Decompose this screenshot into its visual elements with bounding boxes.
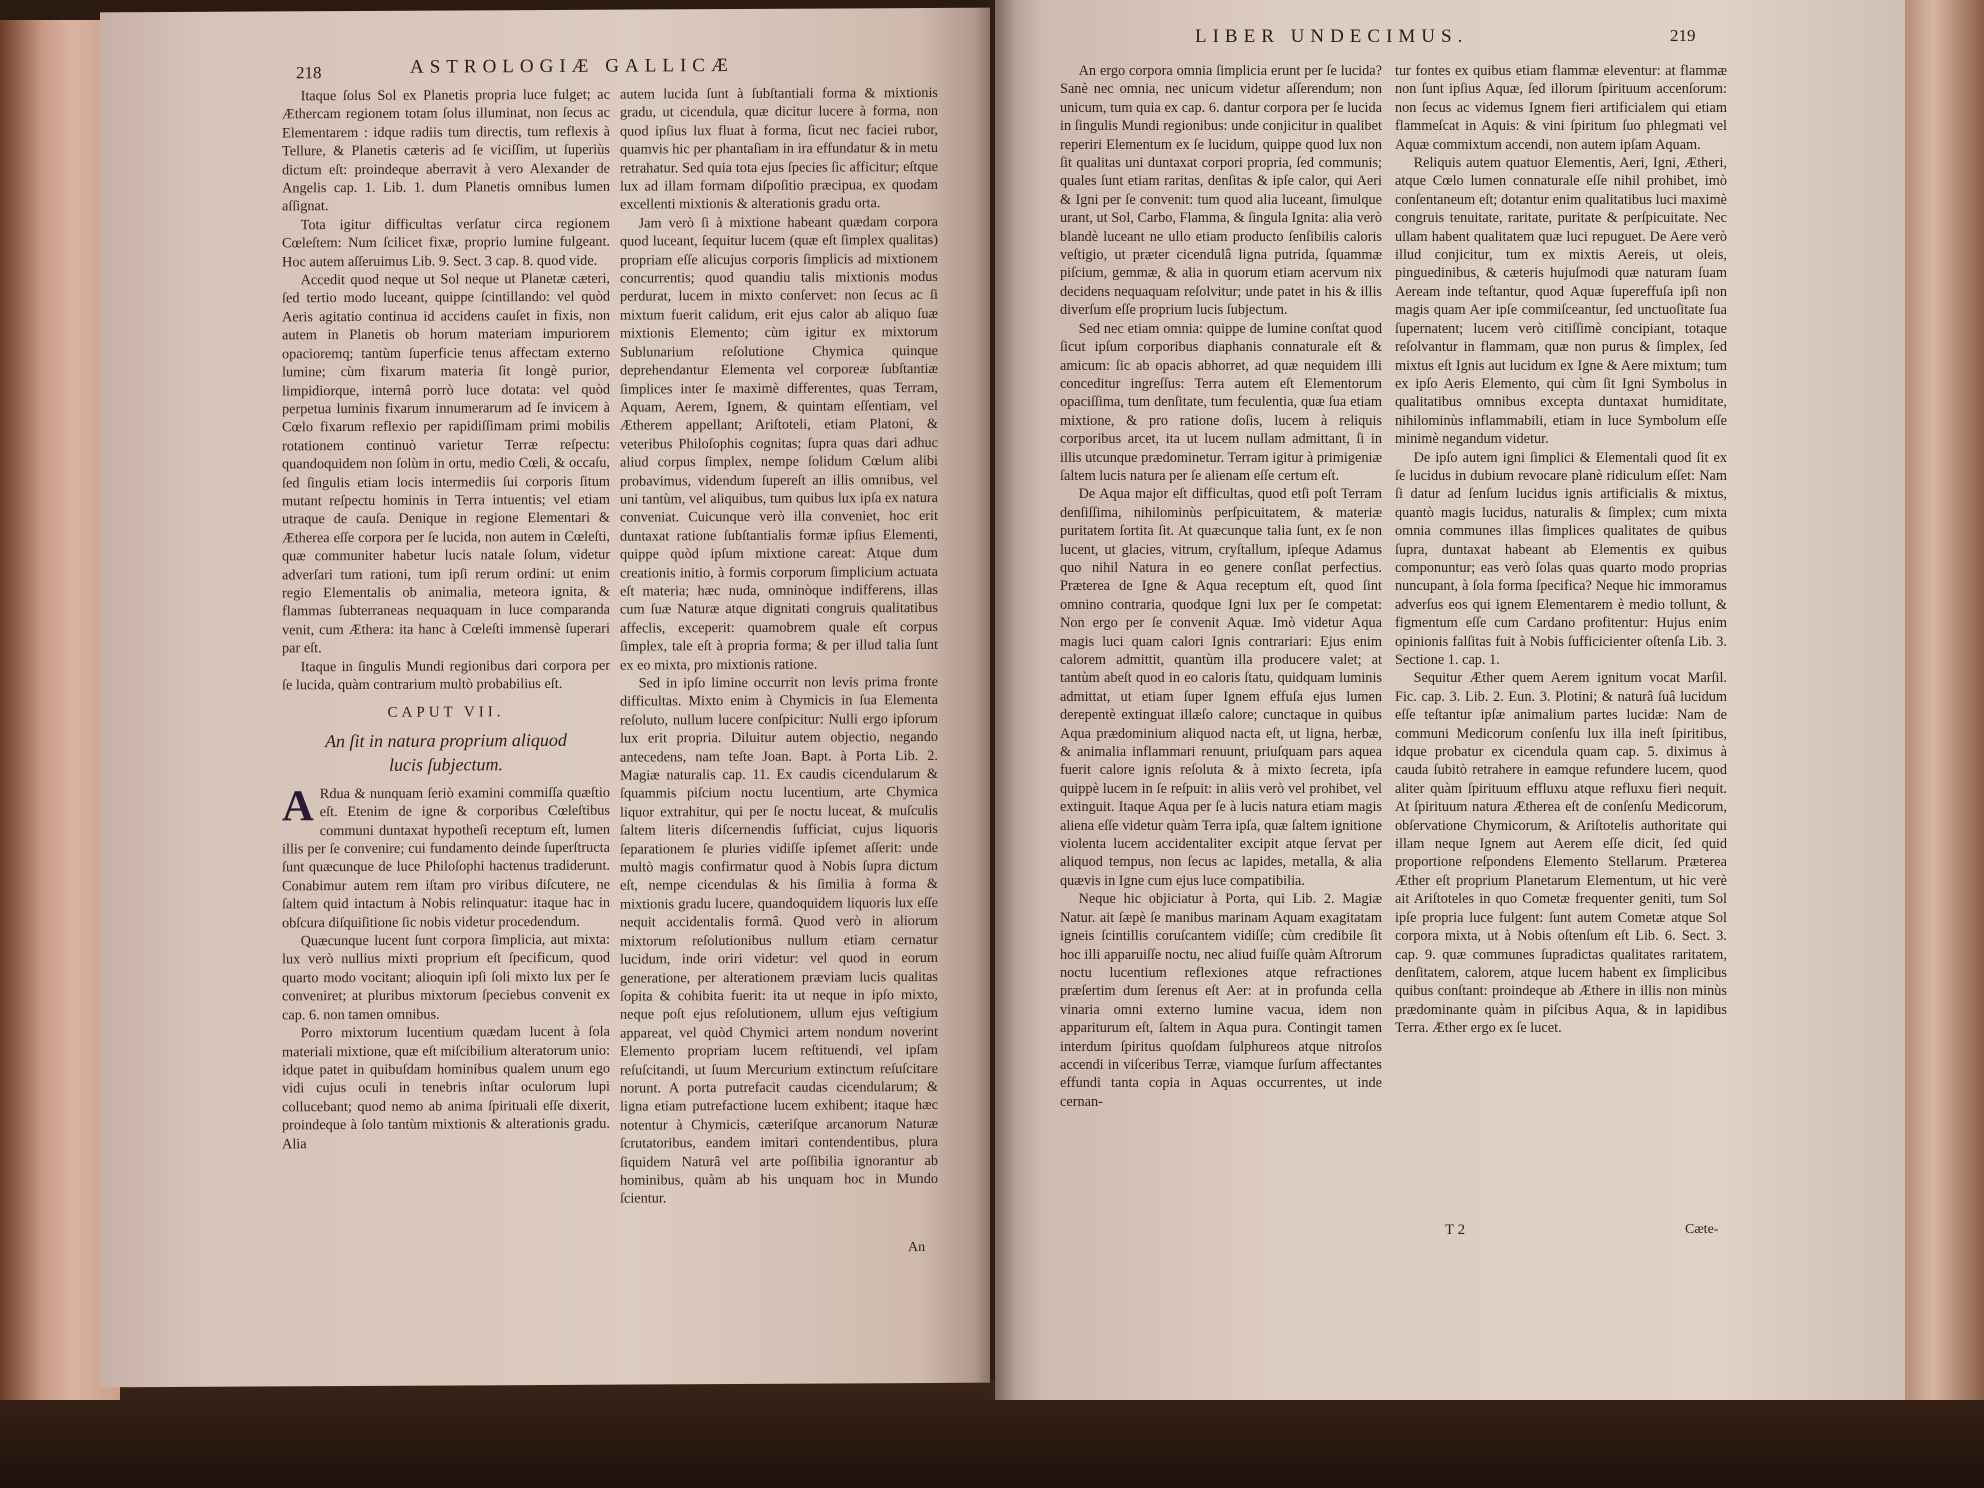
chapter-heading: CAPUT VII. (282, 703, 610, 723)
paragraph: Jam verò ſi à mixtione habeant quædam co… (620, 213, 938, 675)
paragraph: An ergo corpora omnia ſimplicia erunt pe… (1060, 62, 1382, 320)
left-page: 218 ASTROLOGIÆ GALLICÆ Itaque ſolus Sol … (100, 8, 990, 1388)
paragraph: De Aqua major eſt difficultas, quod etſi… (1060, 485, 1382, 890)
right-page-column-1: An ergo corpora omnia ſimplicia erunt pe… (1060, 62, 1382, 1111)
paragraph: Porro mixtorum lucentium quædam lucent à… (282, 1023, 610, 1154)
paragraph: Quæcunque lucent ſunt corpora ſimplicia,… (282, 931, 610, 1025)
page-number-left: 218 (296, 63, 322, 83)
paragraph: Sed nec etiam omnia: quippe de lumine co… (1060, 320, 1382, 486)
paragraph: autem lucida ſunt à ſubſtantiali forma &… (620, 84, 938, 215)
right-page: LIBER UNDECIMUS. 219 An ergo corpora omn… (995, 0, 1905, 1400)
catchword-right: Cæte- (1685, 1222, 1718, 1238)
paragraph: Sequitur Æther quem Aerem ignitum vocat … (1395, 669, 1727, 1037)
drop-cap-initial: A (282, 787, 314, 825)
paragraph: Itaque in ſingulis Mundi regionibus dari… (282, 656, 610, 695)
chapter-title-line-1: An ſit in natura proprium aliquod (325, 730, 567, 751)
paragraph: Accedit quod neque ut Sol neque ut Plane… (282, 270, 610, 658)
book-edge-right (1900, 0, 1984, 1400)
paragraph: ARdua & nunquam ſeriò examini commiſſa q… (282, 783, 610, 932)
paragraph: Neque hic objiciatur à Porta, qui Lib. 2… (1060, 890, 1382, 1111)
catchword-left: An (908, 1240, 925, 1256)
paragraph: Itaque ſolus Sol ex Planetis propria luc… (282, 86, 610, 217)
book-gutter (975, 0, 1015, 1400)
chapter-title-line-2: lucis ſubjectum. (389, 754, 503, 775)
left-page-column-2: autem lucida ſunt à ſubſtantiali forma &… (620, 84, 938, 1208)
left-page-column-1: Itaque ſolus Sol ex Planetis propria luc… (282, 86, 610, 1154)
signature-mark: T 2 (1445, 1222, 1465, 1239)
paragraph: Tota igitur difficultas verſatur circa r… (282, 215, 610, 272)
paragraph: Reliquis autem quatuor Elementis, Aeri, … (1395, 154, 1727, 449)
page-number-right: 219 (1670, 26, 1696, 46)
paragraph: De ipſo autem igni ſimplici & Elementali… (1395, 449, 1727, 670)
chapter-title: An ſit in natura proprium aliquod lucis … (282, 727, 610, 777)
paragraph: Sed in ipſo limine occurrit non levis pr… (620, 673, 938, 1208)
paragraph: tur fontes ex quibus etiam flammæ eleven… (1395, 62, 1727, 154)
right-page-column-2: tur fontes ex quibus etiam flammæ eleven… (1395, 62, 1727, 1038)
running-head-left: ASTROLOGIÆ GALLICÆ (410, 55, 734, 79)
running-head-right: LIBER UNDECIMUS. (1195, 26, 1468, 48)
